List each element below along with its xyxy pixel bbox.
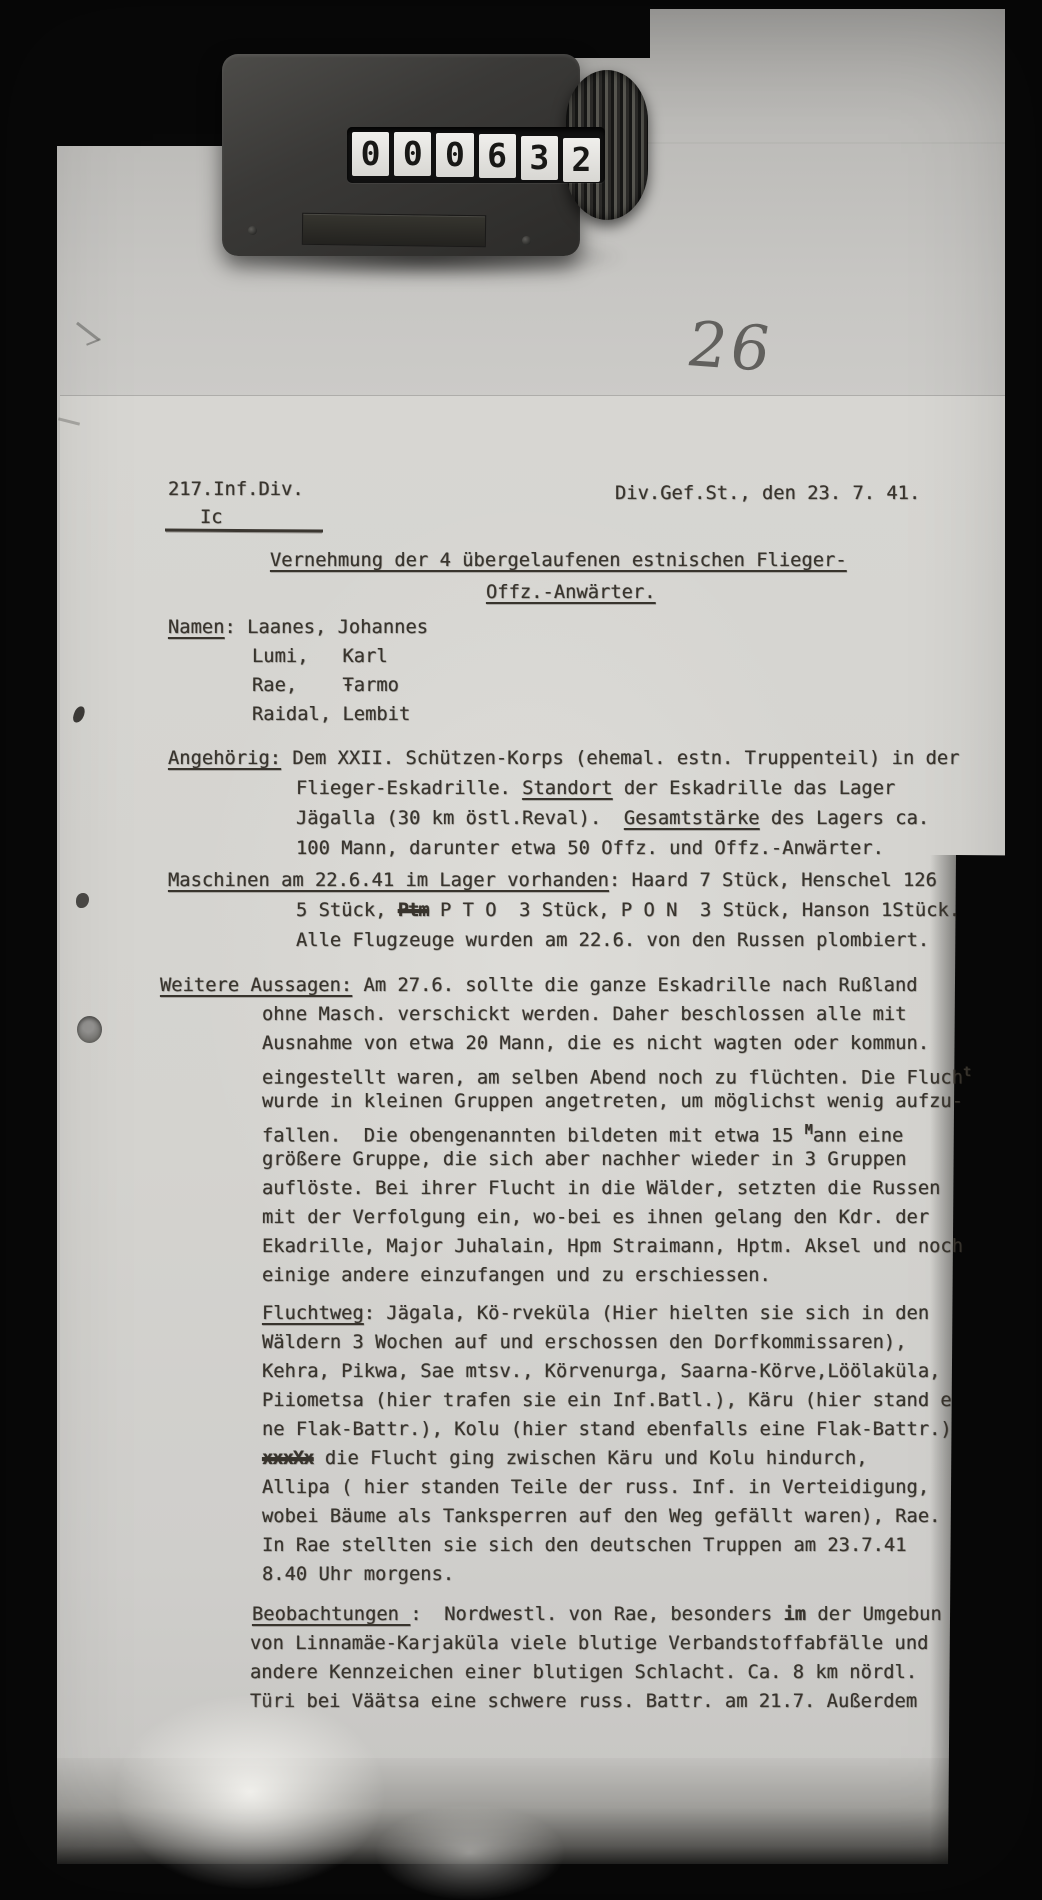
title: Vernehmung der 4 übergelaufenen estnisch…: [0, 545, 1042, 609]
text-segment: P T O 3 Stück, P O N 3 Stück, Hanson 1St…: [429, 900, 960, 921]
beobachtungen-line: von Linnamäe-Karjaküla viele blutige Ver…: [0, 1629, 1042, 1658]
beobachtungen-line: andere Kennzeichen einer blutigen Schlac…: [0, 1658, 1042, 1687]
maschinen: Maschinen am 22.6.41 im Lager vorhanden:…: [0, 866, 1042, 956]
page-counter-device: 000632: [220, 42, 652, 262]
title-line: Vernehmung der 4 übergelaufenen estnisch…: [0, 545, 1042, 577]
text-segment: mit der Verfolgung ein, wo-bei es ihnen …: [262, 1207, 929, 1228]
fluchtweg-line: Wäldern 3 Wochen auf und erschossen den …: [0, 1328, 1042, 1357]
text-segment: Flieger-Eskadrille.: [296, 778, 522, 799]
text-segment: eingestellt waren, am selben Abend noch …: [262, 1067, 963, 1088]
text-segment: : Haard 7 Stück, Henschel 126: [609, 870, 937, 891]
fluchtweg-line: 8.40 Uhr morgens.: [0, 1560, 1042, 1589]
weitere-aussagen-line: Ausnahme von etwa 20 Mann, die es nicht …: [0, 1029, 1042, 1058]
counter-label-plate: [302, 213, 486, 248]
text-segment-p: M: [805, 1122, 813, 1138]
namen: Namen: Laanes, JohannesLumi, KarlRae, Ŧa…: [0, 613, 1042, 729]
text-segment: : Nordwestl. von Rae, besonders: [410, 1604, 783, 1625]
text-segment: 5 Stück,: [296, 900, 398, 921]
weitere-aussagen-line: Ekadrille, Major Juhalain, Hpm Straimann…: [0, 1232, 1042, 1261]
text-segment: Dem XXII. Schützen-Korps (ehemal. estn. …: [281, 748, 959, 769]
namen-line: Raidal, Lembit: [0, 700, 1042, 729]
angehoerig-line: Jägalla (30 km östl.Reval). Gesamtstärke…: [0, 804, 1042, 834]
counter-digit: 0: [394, 132, 431, 176]
text-segment: In Rae stellten sie sich den deutschen T…: [262, 1535, 907, 1556]
beobachtungen-line: Türi bei Väätsa eine schwere russ. Battr…: [0, 1687, 1042, 1716]
text-segment: Raidal, Lembit: [252, 704, 410, 725]
text-segment: Ausnahme von etwa 20 Mann, die es nicht …: [262, 1033, 929, 1054]
text-segment: Lumi, Karl: [252, 646, 388, 667]
angehoerig: Angehörig: Dem XXII. Schützen-Korps (ehe…: [0, 744, 1042, 864]
weitere-aussagen-line: ohne Masch. verschickt werden. Daher bes…: [0, 1000, 1042, 1029]
weitere-aussagen: Weitere Aussagen: Am 27.6. sollte die ga…: [0, 971, 1042, 1290]
fluchtweg-line: In Rae stellten sie sich den deutschen T…: [0, 1531, 1042, 1560]
text-segment: andere Kennzeichen einer blutigen Schlac…: [250, 1662, 917, 1683]
text-segment: ne Flak-Battr.), Kolu (hier stand ebenfa…: [262, 1419, 952, 1440]
maschinen-line: Alle Flugzeuge wurden am 22.6. von den R…: [0, 926, 1042, 956]
text-segment: von Linnamäe-Karjaküla viele blutige Ver…: [250, 1633, 928, 1654]
angehoerig-line: Angehörig: Dem XXII. Schützen-Korps (ehe…: [0, 744, 1042, 774]
text-segment: Kehra, Pikwa, Sae mtsv., Körvenurga, Saa…: [262, 1361, 940, 1382]
text-segment-u: Offz.-Anwärter.: [486, 582, 656, 603]
text-segment-u: Gesamtstärke: [624, 808, 760, 829]
date-line: Div.Gef.St., den 23. 7. 41.: [0, 480, 1042, 508]
weitere-aussagen-line: einige andere einzufangen und zu erschie…: [0, 1261, 1042, 1290]
text-segment: die Flucht ging zwischen Käru und Kolu h…: [314, 1448, 868, 1469]
text-segment-u: Weitere Aussagen:: [160, 975, 352, 996]
text-segment: Allipa ( hier standen Teile der russ. In…: [262, 1477, 929, 1498]
weitere-aussagen-line: Weitere Aussagen: Am 27.6. sollte die ga…: [0, 971, 1042, 1000]
text-segment: fallen. Die obengenannten bildeten mit e…: [262, 1125, 805, 1146]
text-segment: : Laanes, Johannes: [225, 617, 429, 638]
text-segment: Ekadrille, Major Juhalain, Hpm Straimann…: [262, 1236, 963, 1257]
beobachtungen-line: Beobachtungen : Nordwestl. von Rae, beso…: [0, 1600, 1042, 1629]
counter-digit: 3: [521, 136, 558, 180]
text-segment-p: t: [963, 1064, 971, 1080]
text-segment: der Umgebun: [806, 1604, 942, 1625]
counter-digit: 0: [436, 133, 473, 177]
counter-body: 000632: [222, 54, 580, 256]
text-segment: einige andere einzufangen und zu erschie…: [262, 1265, 771, 1286]
text-segment: Alle Flugzeuge wurden am 22.6. von den R…: [296, 930, 929, 951]
text-segment-u: Beobachtungen: [252, 1604, 410, 1625]
beobachtungen: Beobachtungen : Nordwestl. von Rae, beso…: [0, 1600, 1042, 1716]
text-segment: auflöste. Bei ihrer Flucht in die Wälder…: [262, 1178, 940, 1199]
text-segment: Am 27.6. sollte die ganze Eskadrille nac…: [352, 975, 917, 996]
angehoerig-line: 100 Mann, darunter etwa 50 Offz. und Off…: [0, 834, 1042, 864]
scanned-document-photo: 217.Inf.Div.IcDiv.Gef.St., den 23. 7. 41…: [0, 0, 1042, 1900]
fluchtweg-line: Piiometsa (hier trafen sie ein Inf.Batl.…: [0, 1386, 1042, 1415]
screw-icon: [248, 226, 257, 235]
text-segment-u: Maschinen am 22.6.41 im Lager vorhanden: [168, 870, 609, 891]
namen-line: Rae, Ŧarmo: [0, 671, 1042, 700]
text-segment: Wäldern 3 Wochen auf und erschossen den …: [262, 1332, 907, 1353]
weitere-aussagen-line: fallen. Die obengenannten bildeten mit e…: [0, 1116, 1042, 1145]
counter-digit: 6: [479, 134, 516, 178]
text-segment: des Lagers ca.: [760, 808, 930, 829]
text-segment: Türi bei Väätsa eine schwere russ. Battr…: [250, 1691, 917, 1712]
text-segment-u: Fluchtweg: [262, 1303, 364, 1324]
text-segment-b: im: [783, 1604, 806, 1625]
text-segment: ohne Masch. verschickt werden. Daher bes…: [262, 1004, 907, 1025]
fluchtweg-line: Fluchtweg: Jägala, Kö-rveküla (Hier hiel…: [0, 1299, 1042, 1328]
text-segment: 100 Mann, darunter etwa 50 Offz. und Off…: [296, 838, 884, 859]
text-segment-u: Standort: [522, 778, 612, 799]
fluchtweg-line: wobei Bäume als Tanksperren auf den Weg …: [0, 1502, 1042, 1531]
handwritten-page-number: 26: [682, 307, 779, 385]
maschinen-line: 5 Stück, Ptm P T O 3 Stück, P O N 3 Stüc…: [0, 896, 1042, 926]
text-segment-u: Namen: [168, 617, 225, 638]
text-segment: Ic: [200, 507, 223, 528]
unit-header-line: Ic: [0, 504, 1042, 532]
weitere-aussagen-line: auflöste. Bei ihrer Flucht in die Wälder…: [0, 1174, 1042, 1203]
punch-hole: [77, 1016, 102, 1043]
counter-digit: 2: [563, 138, 600, 182]
fluchtweg: Fluchtweg: Jägala, Kö-rveküla (Hier hiel…: [0, 1299, 1042, 1589]
weitere-aussagen-line: mit der Verfolgung ein, wo-bei es ihnen …: [0, 1203, 1042, 1232]
text-segment-s: xxxXx: [262, 1448, 314, 1469]
weitere-aussagen-line: wurde in kleinen Gruppen angetreten, um …: [0, 1087, 1042, 1116]
text-segment: 8.40 Uhr morgens.: [262, 1564, 454, 1585]
text-segment: wobei Bäume als Tanksperren auf den Weg …: [262, 1506, 940, 1527]
typewritten-text-layer: 217.Inf.Div.IcDiv.Gef.St., den 23. 7. 41…: [0, 0, 1042, 1900]
screw-icon: [522, 236, 531, 245]
text-segment: größere Gruppe, die sich aber nachher wi…: [262, 1149, 907, 1170]
weitere-aussagen-line: eingestellt waren, am selben Abend noch …: [0, 1058, 1042, 1087]
date-line-line: Div.Gef.St., den 23. 7. 41.: [0, 480, 1042, 508]
text-segment: : Jägala, Kö-rveküla (Hier hielten sie s…: [364, 1303, 929, 1324]
namen-line: Namen: Laanes, Johannes: [0, 613, 1042, 642]
text-segment: wurde in kleinen Gruppen angetreten, um …: [262, 1091, 963, 1112]
counter-digit-window: 000632: [347, 127, 605, 183]
text-segment: der Eskadrille das Lager: [613, 778, 896, 799]
fluchtweg-line: Kehra, Pikwa, Sae mtsv., Körvenurga, Saa…: [0, 1357, 1042, 1386]
namen-line: Lumi, Karl: [0, 642, 1042, 671]
fluchtweg-line: ne Flak-Battr.), Kolu (hier stand ebenfa…: [0, 1415, 1042, 1444]
weitere-aussagen-line: größere Gruppe, die sich aber nachher wi…: [0, 1145, 1042, 1174]
text-segment: Jägalla (30 km östl.Reval).: [296, 808, 624, 829]
text-segment-u: Angehörig:: [168, 748, 281, 769]
text-segment: Piiometsa (hier trafen sie ein Inf.Batl.…: [262, 1390, 952, 1411]
text-segment-u: Vernehmung der 4 übergelaufenen estnisch…: [270, 550, 847, 571]
counter-digit: 0: [352, 132, 389, 176]
angehoerig-line: Flieger-Eskadrille. Standort der Eskadri…: [0, 774, 1042, 804]
text-segment: Div.Gef.St., den 23. 7. 41.: [615, 483, 920, 504]
text-segment-s: Ptm: [398, 900, 429, 921]
maschinen-line: Maschinen am 22.6.41 im Lager vorhanden:…: [0, 866, 1042, 896]
text-segment: ann eine: [813, 1125, 903, 1146]
fluchtweg-line: xxxXx die Flucht ging zwischen Käru und …: [0, 1444, 1042, 1473]
title-line: Offz.-Anwärter.: [0, 577, 1042, 609]
text-segment: Rae, Ŧarmo: [252, 675, 399, 696]
fluchtweg-line: Allipa ( hier standen Teile der russ. In…: [0, 1473, 1042, 1502]
